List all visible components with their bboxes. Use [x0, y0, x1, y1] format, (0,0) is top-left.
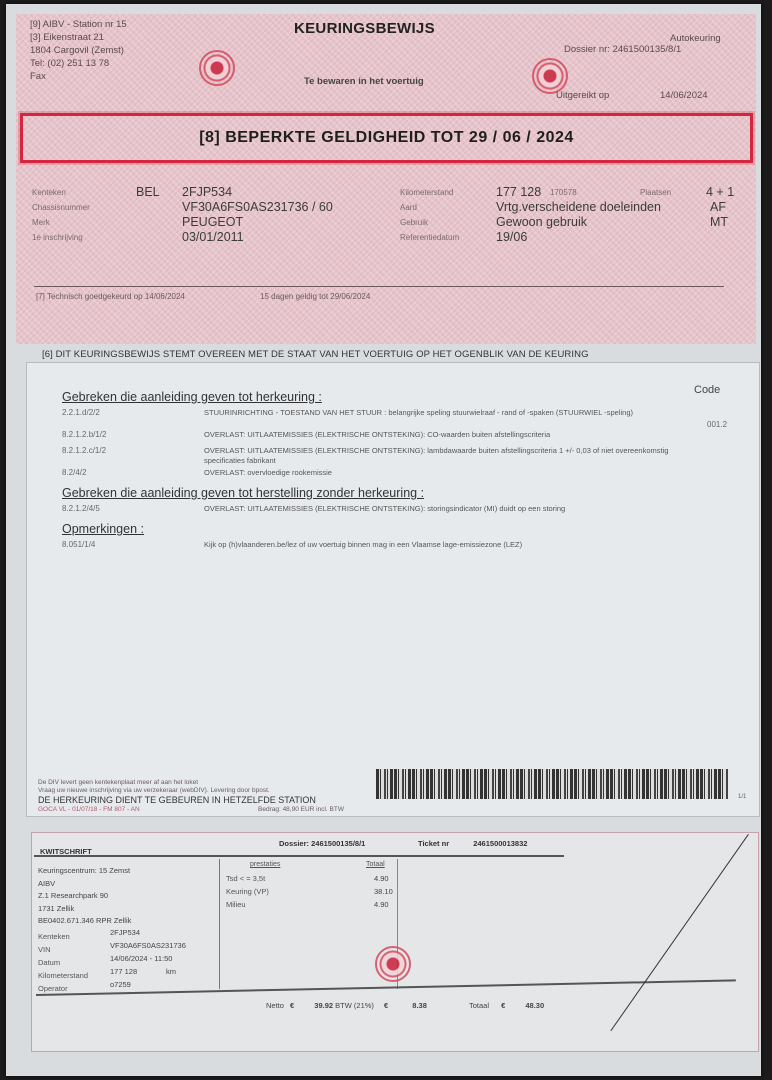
receipt-ticket-label: Ticket nr	[418, 839, 449, 848]
center-info-line: Keuringscentrum: 15 Zemst	[38, 865, 131, 878]
center-info-line: 1731 Zellik	[38, 903, 131, 916]
footnote-registration: Vraag uw nieuwe inschrijving via uw verz…	[38, 787, 270, 794]
field-label: Referentiedatum	[400, 233, 459, 242]
amount-line: Bedrag: 48,90 EUR incl. BTW	[258, 806, 344, 813]
field-label: Chassisnummer	[32, 203, 90, 212]
defect-code: 8.2.1.2.c/1/2	[62, 446, 106, 455]
document-subtitle: Te bewaren in het voertuig	[304, 76, 424, 87]
field-label: Kilometerstand	[400, 188, 453, 197]
dossier-number: Dossier nr: 2461500135/8/1	[564, 44, 681, 55]
defect-code: 2.2.1.d/2/2	[62, 408, 100, 417]
receipt-field-label: Kenteken	[38, 932, 70, 941]
country-code: BEL	[136, 185, 160, 199]
receipt-field-value: 177 128	[110, 967, 137, 976]
field-label: Aard	[400, 203, 417, 212]
barcode	[376, 769, 728, 799]
total-label: Totaal	[469, 1001, 489, 1010]
inspection-certificate: [9] AIBV - Station nr 15 [3] Eikenstraat…	[6, 4, 761, 1076]
section-heading: Gebreken die aanleiding geven tot herkeu…	[62, 390, 322, 404]
field-value: PEUGEOT	[182, 215, 243, 229]
conformity-statement: [6] DIT KEURINGSBEWIJS STEMT OVEREEN MET…	[42, 349, 589, 360]
defect-description: OVERLAST: overvloedige rookemissie	[204, 468, 704, 478]
service-amount: 4.90	[374, 874, 389, 883]
page-number: 1/1	[738, 794, 746, 800]
receipt-field-label: VIN	[38, 945, 51, 954]
netto-value: 39.92	[314, 1001, 333, 1010]
service-name: Milieu	[226, 900, 246, 909]
limited-validity-banner: [8] BEPERKTE GELDIGHEID TOT 29 / 06 / 20…	[20, 113, 753, 163]
receipt-field-label: Operator	[38, 984, 68, 993]
issued-date: 14/06/2024	[660, 90, 708, 101]
official-stamp-icon	[375, 946, 411, 982]
receipt-ticket-value: 2461500013832	[473, 839, 527, 848]
limited-validity-text: [8] BEPERKTE GELDIGHEID TOT 29 / 06 / 20…	[199, 129, 574, 147]
currency-symbol: €	[384, 1001, 388, 1010]
station-name: [9] AIBV - Station nr 15	[30, 18, 127, 31]
field-code: AF	[710, 200, 726, 214]
validity-period: 15 dagen geldig tot 29/06/2024	[260, 292, 370, 301]
receipt-column-divider	[219, 859, 220, 989]
reinspection-notice: DE HERKEURING DIENT TE GEBEUREN IN HETZE…	[38, 795, 316, 805]
receipt-field-label: Datum	[38, 958, 60, 967]
defect-description: OVERLAST: UITLAATEMISSIES (ELEKTRISCHE O…	[204, 446, 704, 466]
seats-label: Plaatsen	[640, 188, 671, 197]
service-amount: 4.90	[374, 900, 389, 909]
defect-code: 8.2.1.2.b/1/2	[62, 430, 106, 439]
form-code: GOCA VL - 01/07/18 - FM 807 - AN	[38, 806, 140, 813]
total-header: Totaal	[366, 861, 385, 868]
btw-label: BTW (21%)	[335, 1001, 374, 1010]
currency-symbol: €	[501, 1001, 505, 1010]
field-label: Kenteken	[32, 188, 66, 197]
field-label: Gebruik	[400, 218, 428, 227]
section-heading: Gebreken die aanleiding geven tot herste…	[62, 486, 424, 500]
field-value: 2FJP534	[182, 185, 232, 199]
defect-description: Kijk op (h)vlaanderen.be/lez of uw voert…	[204, 540, 704, 550]
services-header: prestaties	[250, 861, 280, 868]
station-phone: Tel: (02) 251 13 78	[30, 57, 127, 70]
approval-date: [7] Technisch goedgekeurd op 14/06/2024	[36, 292, 185, 301]
station-city: 1804 Cargovil (Zemst)	[30, 44, 127, 57]
field-label: 1e inschrijving	[32, 233, 83, 242]
receipt-totals: Netto € 39.92 BTW (21%) € 8.38 Totaal € …	[266, 1001, 544, 1010]
field-extra: 170578	[550, 188, 577, 197]
receipt-center-info: Keuringscentrum: 15 ZemstAIBVZ.1 Researc…	[38, 865, 131, 928]
field-label: Merk	[32, 218, 50, 227]
receipt-field-value: o7259	[110, 980, 131, 989]
defect-description: STUURINRICHTING - TOESTAND VAN HET STUUR…	[204, 408, 704, 418]
receipt-field-unit: km	[166, 967, 176, 976]
defect-ref-code: 001.2	[707, 420, 727, 429]
receipt-title: KWITSCHRIFT	[40, 847, 92, 856]
defect-code: 8.2.1.2/4/5	[62, 504, 100, 513]
center-info-line: Z.1 Researchpark 90	[38, 890, 131, 903]
field-value: 03/01/2011	[182, 230, 244, 244]
section-heading: Opmerkingen :	[62, 522, 144, 536]
center-info-line: AIBV	[38, 878, 131, 891]
code-column-header: Code	[694, 384, 720, 396]
service-name: Keuring (VP)	[226, 887, 269, 896]
defect-description: OVERLAST: UITLAATEMISSIES (ELEKTRISCHE O…	[204, 504, 704, 514]
receipt-field-label: Kilometerstand	[38, 971, 88, 980]
defect-code: 8.051/1/4	[62, 540, 95, 549]
center-info-line: BE0402.671.346 RPR Zellik	[38, 915, 131, 928]
footnote-plate: De DIV levert geen kentekenplaat meer af…	[38, 779, 198, 786]
field-value: 19/06	[496, 230, 527, 244]
total-value: 48.30	[525, 1001, 544, 1010]
receipt-field-value: VF30A6FS0AS231736	[110, 941, 186, 950]
seats-value: 4 + 1	[706, 185, 734, 199]
field-value: 177 128	[496, 185, 541, 199]
receipt-dossier: Dossier: 2461500135/8/1	[279, 839, 365, 848]
field-value: VF30A6FS0AS231736 / 60	[182, 200, 333, 214]
station-address: [9] AIBV - Station nr 15 [3] Eikenstraat…	[30, 18, 127, 83]
official-stamp-icon	[199, 50, 235, 86]
defect-code: 8.2/4/2	[62, 468, 86, 477]
receipt-ticket: Ticket nr 2461500013832	[418, 839, 527, 848]
receipt-field-value: 2FJP534	[110, 928, 140, 937]
service-name: Tsd < = 3,5t	[226, 874, 265, 883]
field-code: MT	[710, 215, 728, 229]
currency-symbol: €	[290, 1001, 294, 1010]
receipt-top-rule	[34, 855, 564, 857]
issued-label: Uitgereikt op	[556, 90, 609, 101]
receipt-field-value: 14/06/2024 - 11:50	[110, 954, 172, 963]
receipt-dossier-label: Dossier:	[279, 839, 309, 848]
official-stamp-icon	[532, 58, 568, 94]
station-fax: Fax	[30, 70, 127, 83]
field-value: Gewoon gebruik	[496, 215, 587, 229]
receipt-dossier-value: 2461500135/8/1	[311, 839, 365, 848]
defect-description: OVERLAST: UITLAATEMISSIES (ELEKTRISCHE O…	[204, 430, 704, 440]
copy-label: Autokeuring	[670, 33, 721, 44]
netto-label: Netto	[266, 1001, 284, 1010]
divider	[34, 286, 724, 287]
document-title: KEURINGSBEWIJS	[294, 20, 435, 37]
station-street: [3] Eikenstraat 21	[30, 31, 127, 44]
field-value: Vrtg.verscheidene doeleinden	[496, 200, 661, 214]
service-amount: 38.10	[374, 887, 393, 896]
btw-value: 8.38	[412, 1001, 427, 1010]
